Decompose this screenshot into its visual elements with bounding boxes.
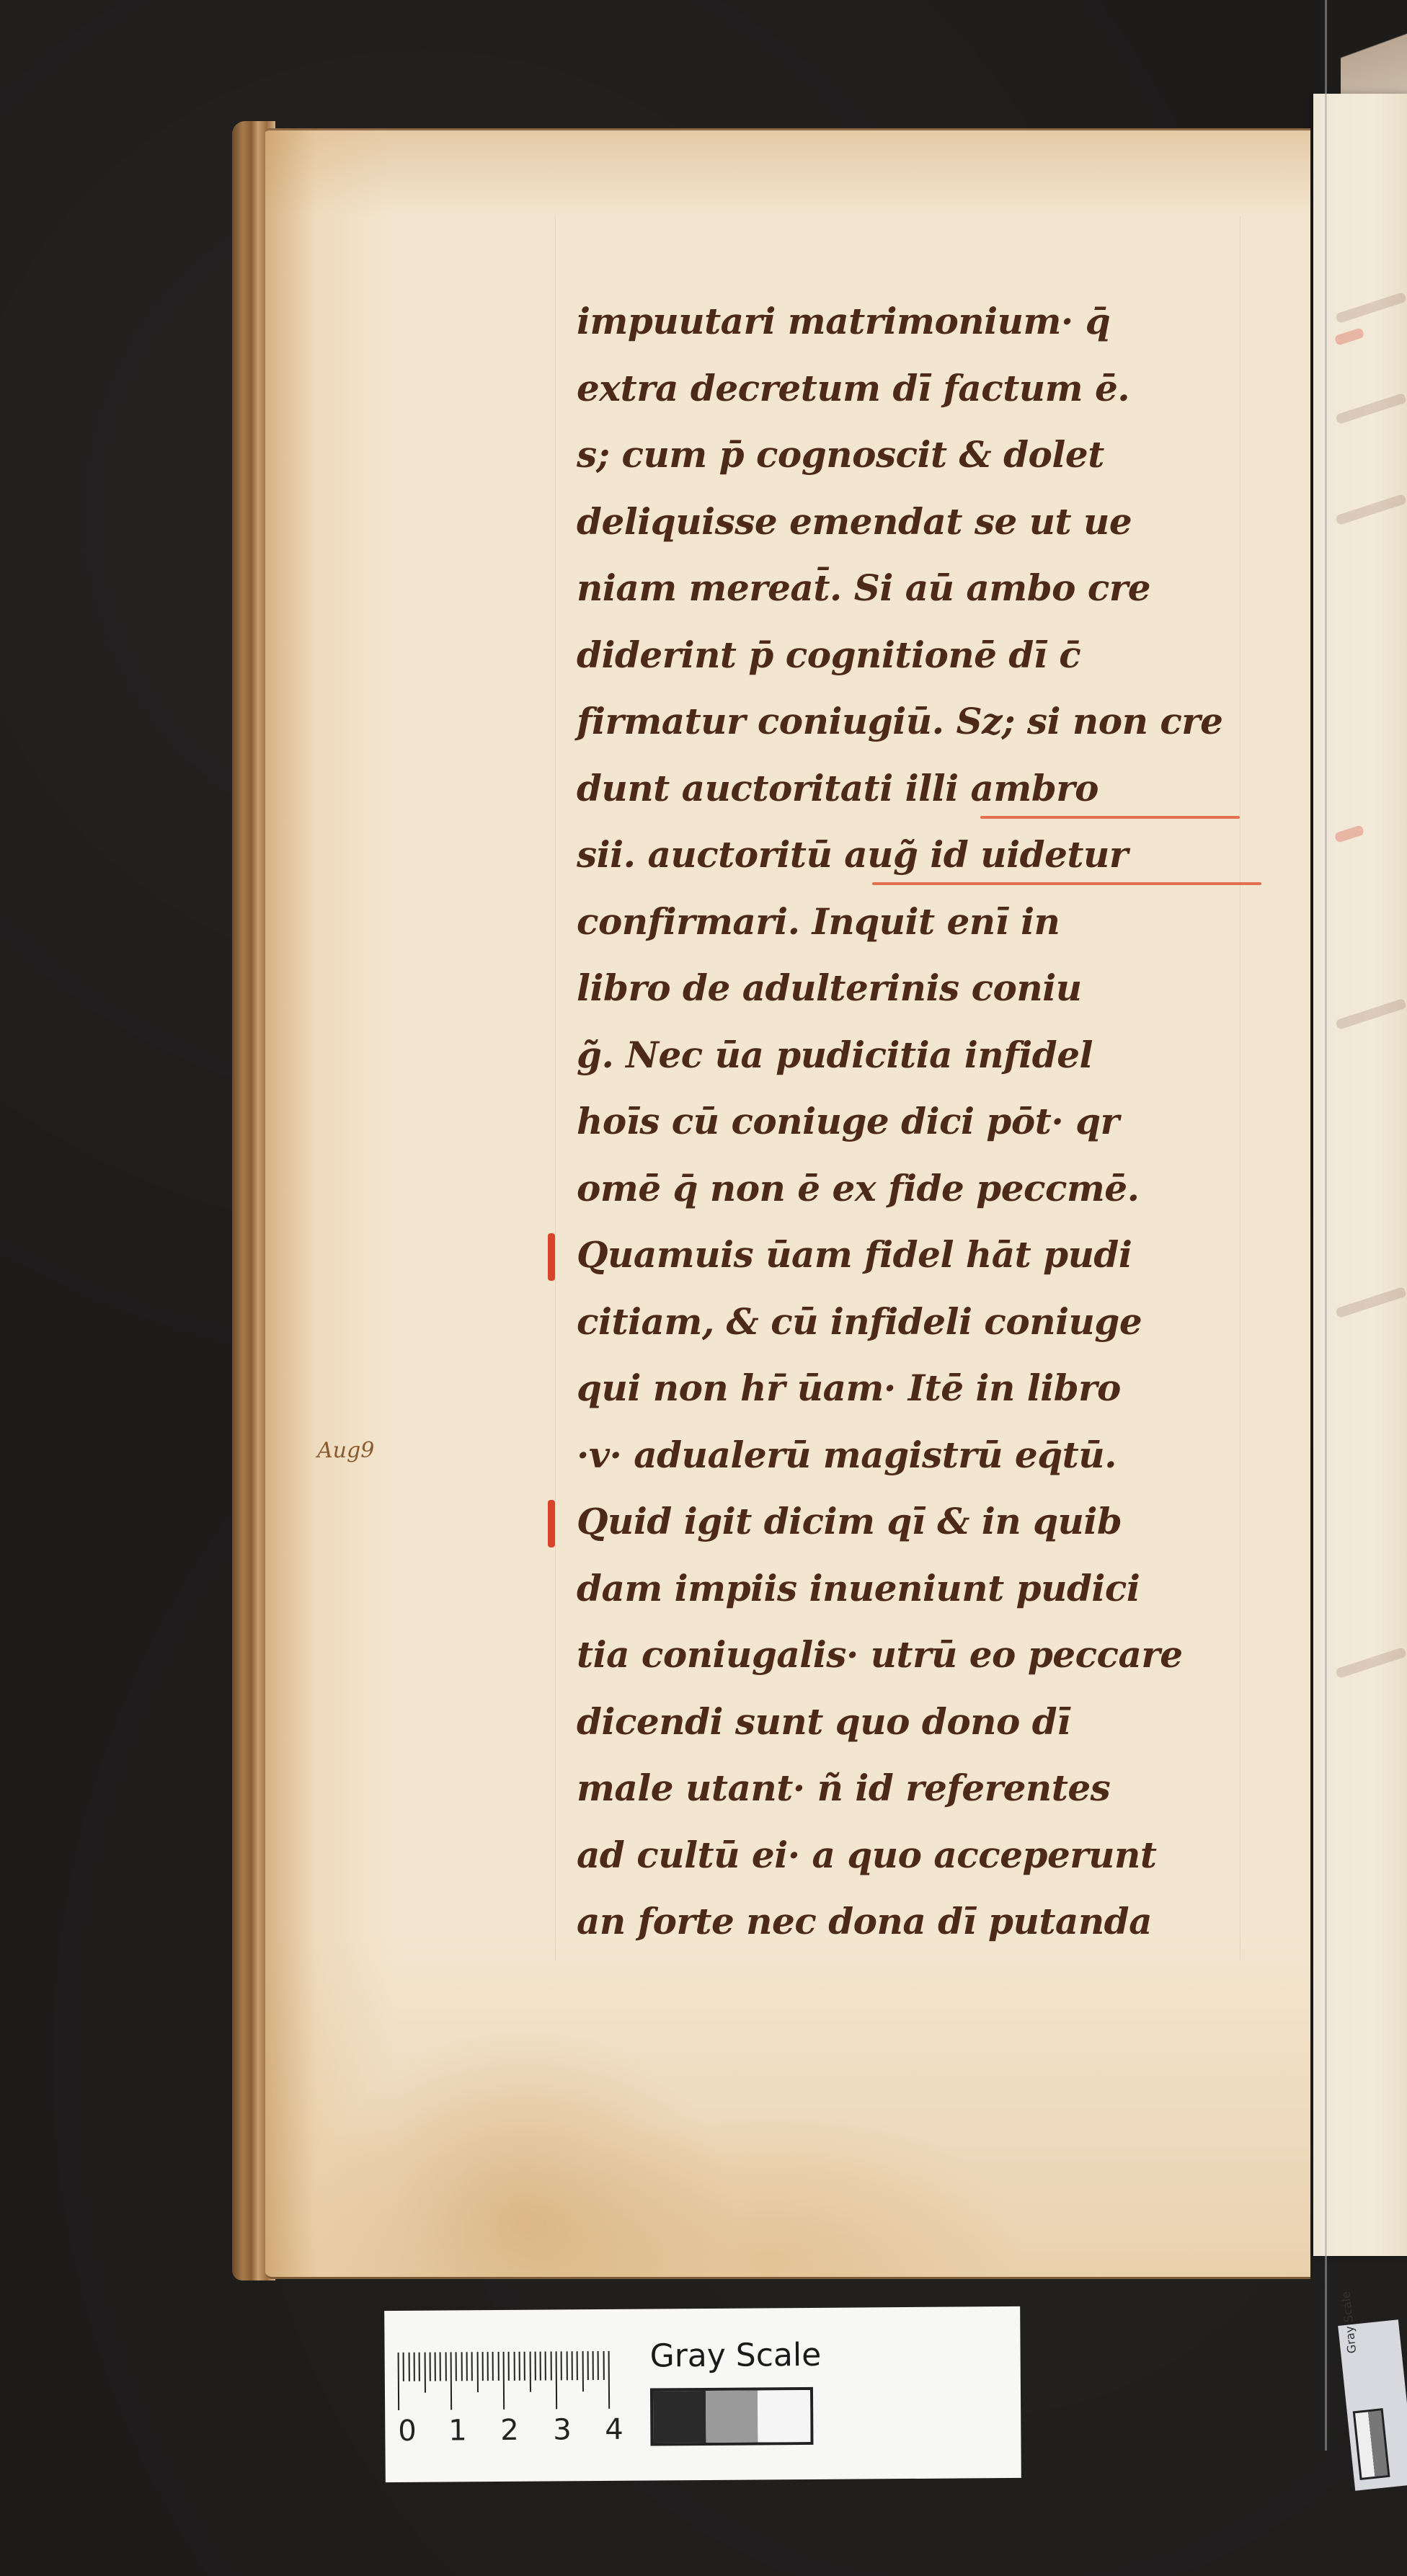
ruling-vertical-left: [555, 216, 556, 1960]
text-line: omē q̄ non ē ex fide peccmē.: [577, 1155, 1269, 1222]
ruler-tick: [408, 2353, 409, 2381]
text-line: extra decretum dī factum ē.: [577, 355, 1269, 422]
ruler-tick: [566, 2351, 567, 2380]
red-underline: [872, 882, 1261, 885]
gray-scale-swatches: [650, 2387, 814, 2446]
rubricated-initial: [548, 1233, 555, 1281]
ruler-tick: [461, 2352, 462, 2381]
ruler-tick: [413, 2353, 414, 2381]
ruler-tick: [587, 2351, 588, 2380]
text-line: Quamuis ūam fidel hāt pudi: [577, 1222, 1269, 1289]
swatch-gray: [706, 2390, 758, 2443]
ruler-tick: [603, 2351, 604, 2380]
ruler-tick: [529, 2352, 531, 2392]
text-block: impuutari matrimonium· q̄ extra decretum…: [577, 288, 1269, 1955]
ruler-tick: [424, 2353, 425, 2393]
ruler-tick: [561, 2351, 562, 2380]
ruler-tick: [450, 2352, 453, 2410]
ruler-tick: [466, 2352, 467, 2381]
ruler-tick: [571, 2351, 572, 2380]
text-line: hoīs cū coniuge dici pōt· qr: [577, 1088, 1269, 1155]
text-line: diderint p̄ cognitionē dī c̄: [577, 622, 1269, 689]
text-line: confirmari. Inquit enī in: [577, 889, 1269, 956]
ruler-tick: [508, 2352, 510, 2381]
ruler-label: 2: [500, 2414, 519, 2447]
ruler-label: 4: [605, 2413, 623, 2446]
text-line: impuutari matrimonium· q̄: [577, 288, 1269, 355]
ruler-tick: [481, 2352, 483, 2381]
text-line: tia coniugalis· utrū eo peccare: [577, 1622, 1269, 1689]
ruler-tick: [445, 2352, 446, 2381]
ruler-tick: [518, 2352, 520, 2381]
ruler-tick: [487, 2352, 489, 2381]
next-page-corner: [1341, 0, 1407, 101]
ruler-tick: [456, 2352, 457, 2381]
side-card-swatch: [1353, 2408, 1390, 2480]
text-line: s; cum p̄ cognoscit & dolet: [577, 422, 1269, 489]
text-line: deliquisse emendat se ut ue: [577, 489, 1269, 556]
ruler-label: 3: [553, 2413, 572, 2446]
ruler-tick: [513, 2352, 515, 2381]
ruler-tick: [545, 2352, 546, 2381]
text-line: an forte nec dona dī putanda: [577, 1888, 1269, 1955]
ruler-tick: [403, 2353, 404, 2381]
text-line: citiam, & cū infideli coniuge: [577, 1289, 1269, 1356]
text-line: g̃. Nec ūa pudicitia infidel: [577, 1022, 1269, 1089]
ruler-tick: [398, 2353, 400, 2410]
ruler-tick: [503, 2352, 505, 2410]
ruler-scale-card: 0 1 2 3 4 Gray Scale: [384, 2306, 1021, 2482]
swatch-white: [758, 2390, 810, 2443]
facing-page-edge: [1313, 94, 1407, 2256]
ruler-tick: [556, 2351, 558, 2409]
text-line: libro de adulterinis coniu: [577, 955, 1269, 1022]
ruler-tick: [592, 2351, 594, 2380]
text-line: sii. auctoritū aug̃ id uidetur: [577, 822, 1269, 889]
text-line: ad cultū ei· a quo acceperunt: [577, 1822, 1269, 1889]
ruler-tick: [598, 2351, 599, 2380]
ruler-tick: [550, 2351, 551, 2380]
text-line: dunt auctoritati illi ambro: [577, 755, 1269, 822]
ruler-tick: [435, 2353, 436, 2381]
ruler-tick: [429, 2353, 430, 2381]
red-underline: [980, 816, 1240, 819]
ruler-tick: [608, 2351, 611, 2409]
text-line: Quid igit dicim qī & in quib: [577, 1488, 1269, 1555]
ruler-tick: [534, 2352, 536, 2381]
text-line: dam impiis inueniunt pudici: [577, 1555, 1269, 1622]
rubricated-initial: [548, 1500, 555, 1547]
glass-plate-edge: [1325, 0, 1327, 2451]
ruler-label: 0: [398, 2415, 417, 2448]
ruler-tick: [540, 2352, 541, 2381]
ruler-ticks: [397, 2309, 636, 2426]
text-line: qui non hr̄ ūam· Itē in libro: [577, 1355, 1269, 1422]
ruler-tick: [497, 2352, 499, 2381]
margin-note: Aug9: [317, 1438, 374, 1463]
gray-scale-title: Gray Scale: [649, 2337, 821, 2375]
ruler-tick: [524, 2352, 525, 2381]
ruler-tick: [471, 2352, 473, 2381]
ruler-tick: [440, 2353, 441, 2381]
text-line: firmatur coniugiū. Sz; si non cre: [577, 688, 1269, 755]
ruler-label: 1: [448, 2414, 467, 2447]
ruler-tick: [476, 2352, 478, 2392]
text-line: ·v· adualerū magistrū eq̄tū.: [577, 1422, 1269, 1489]
text-line: niam mereat̄. Si aū ambo cre: [577, 555, 1269, 622]
ruler-tick: [582, 2351, 583, 2391]
text-line: dicendi sunt quo dono dī: [577, 1689, 1269, 1756]
ruler-tick: [492, 2352, 494, 2381]
ruler-tick: [419, 2353, 420, 2381]
text-line: male utant· ñ id referentes: [577, 1755, 1269, 1822]
ruler-tick: [577, 2351, 578, 2380]
swatch-black: [653, 2391, 706, 2443]
